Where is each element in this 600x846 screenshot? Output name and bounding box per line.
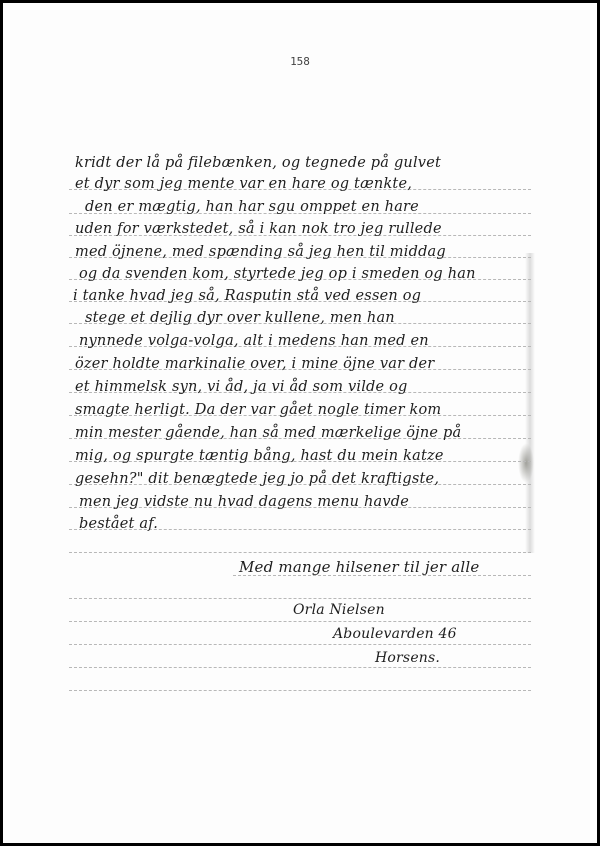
document-page: 158 kridt der lå på filebænken, og tegne… — [3, 3, 597, 843]
ruled-line — [69, 667, 531, 668]
page-stain — [525, 253, 535, 553]
letter-line: nynnede volga-volga, alt i medens han me… — [79, 333, 429, 349]
letter-line: smagte herligt. Da der var gået nogle ti… — [75, 402, 441, 418]
letter-line: gesehn?" dit benægtede jeg jo på det kra… — [75, 471, 439, 487]
ruled-line — [69, 621, 531, 622]
signature-name: Orla Nielsen — [293, 602, 385, 618]
letter-line: bestået af. — [79, 516, 158, 532]
letter-line: et dyr som jeg mente var en hare og tænk… — [75, 176, 412, 192]
ruled-line — [69, 598, 531, 599]
page-stain-spot — [518, 443, 534, 483]
letter-line: min mester gående, han så med mærkelige … — [75, 425, 461, 441]
ruled-line — [69, 552, 531, 553]
letter-line: mig, og spurgte tæntig bång, hast du mei… — [75, 448, 444, 464]
signature-city: Horsens. — [375, 650, 440, 666]
letter-line: den er mægtig, han har sgu omppet en har… — [85, 199, 419, 215]
ruled-line — [69, 690, 531, 691]
letter-line: men jeg vidste nu hvad dagens menu havde — [79, 494, 409, 510]
letter-line: med öjnene, med spænding så jeg hen til … — [75, 244, 446, 260]
ruled-line — [69, 644, 531, 645]
letter-line: kridt der lå på filebænken, og tegnede p… — [75, 155, 441, 171]
signature-street: Aboulevarden 46 — [333, 626, 457, 642]
handwritten-letter: kridt der lå på filebænken, og tegnede p… — [3, 3, 597, 843]
letter-line: i tanke hvad jeg så, Rasputin stå ved es… — [73, 288, 421, 304]
letter-line: og da svenden kom, styrtede jeg op i sme… — [79, 266, 476, 282]
letter-line: uden for værkstedet, så i kan nok tro je… — [75, 221, 442, 237]
letter-closing: Med mange hilsener til jer alle — [239, 558, 479, 576]
letter-line: özer holdte markinalie over, i mine öjne… — [75, 356, 434, 372]
letter-line: et himmelsk syn, vi åd, ja vi åd som vil… — [75, 379, 408, 395]
letter-line: stege et dejlig dyr over kullene, men ha… — [85, 310, 395, 326]
